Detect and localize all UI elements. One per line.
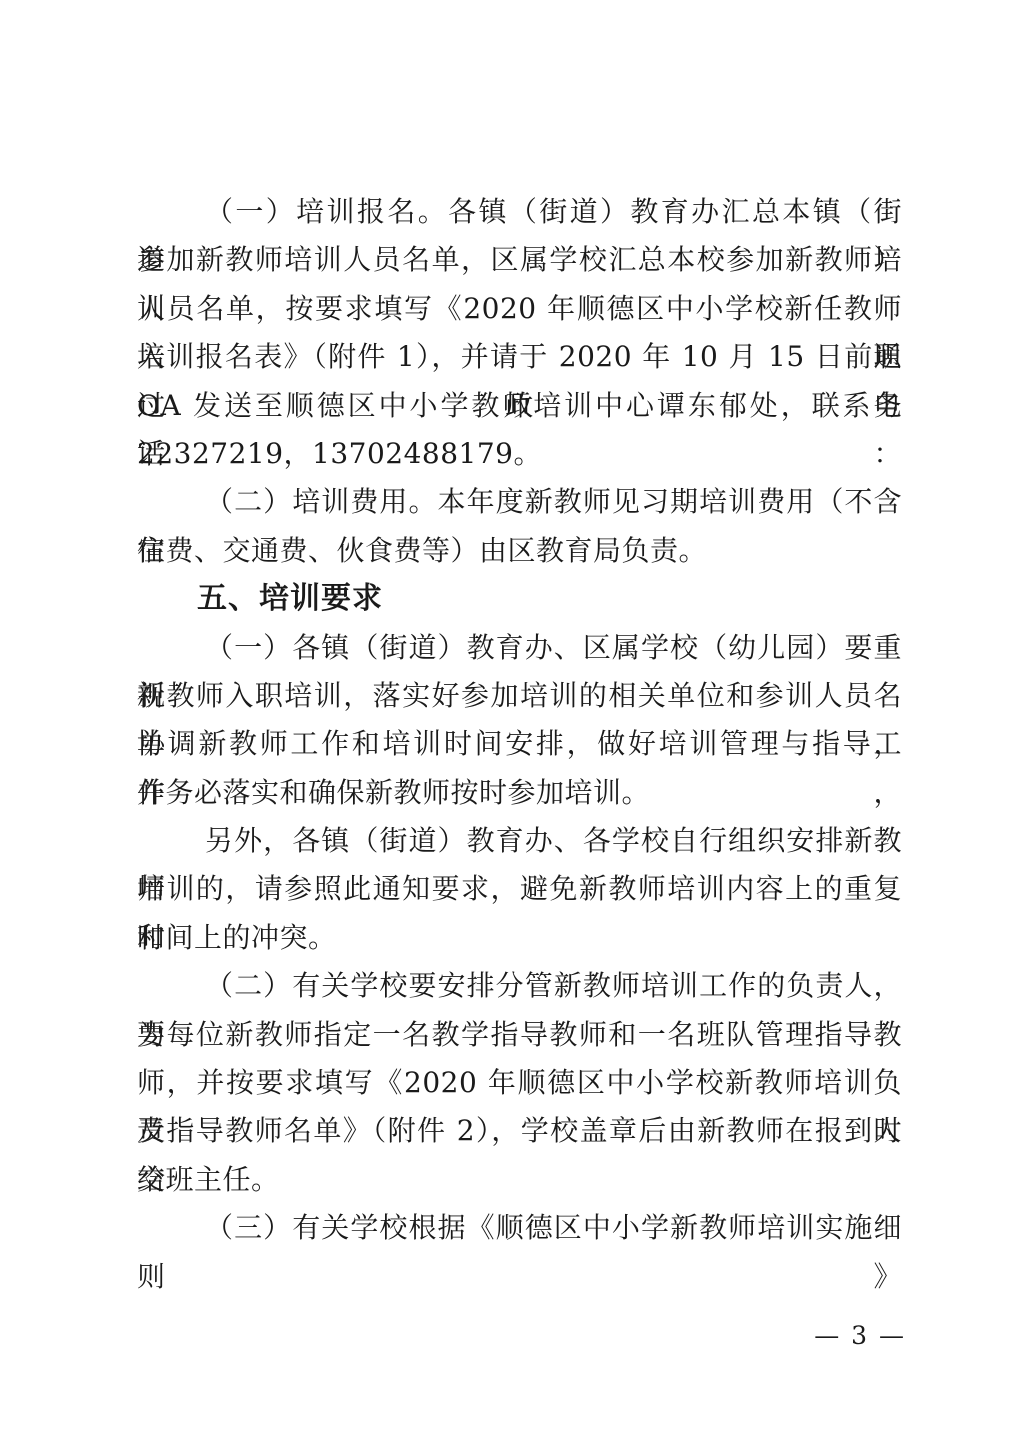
text-line: （一）培训报名。各镇（街道）教育办汇总本镇（街道） bbox=[137, 188, 902, 236]
text-line: （二）培训费用。本年度新教师见习期培训费用（不含住 bbox=[137, 478, 902, 526]
text-line: 培训的，请参照此通知要求，避免新教师培训内容上的重复和 bbox=[137, 865, 902, 913]
text-line: 另外，各镇（街道）教育办、各学校自行组织安排新教师 bbox=[137, 817, 902, 865]
text-line: 参加新教师培训人员名单，区属学校汇总本校参加新教师培训 bbox=[137, 236, 902, 284]
text-line: 时间上的冲突。 bbox=[137, 914, 902, 962]
text-line: 为每位新教师指定一名教学指导教师和一名班队管理指导教 bbox=[137, 1011, 902, 1059]
paragraph-additional-note: 另外，各镇（街道）教育办、各学校自行组织安排新教师 培训的，请参照此通知要求，避… bbox=[137, 817, 902, 962]
text-line: 及指导教师名单》（附件 2），学校盖章后由新教师在报到时交 bbox=[137, 1107, 902, 1155]
text-line: （二）有关学校要安排分管新教师培训工作的负责人，要 bbox=[137, 962, 902, 1010]
text-line: 给班主任。 bbox=[137, 1156, 902, 1204]
paragraph-requirement-1: （一）各镇（街道）教育办、区属学校（幼儿园）要重视 新教师入职培训，落实好参加培… bbox=[137, 624, 902, 818]
text-line: （一）各镇（街道）教育办、区属学校（幼儿园）要重视 bbox=[137, 624, 902, 672]
section-heading-training-requirements: 五、培训要求 bbox=[137, 575, 902, 623]
document-body: （一）培训报名。各镇（街道）教育办汇总本镇（街道） 参加新教师培训人员名单，区属… bbox=[137, 188, 902, 1253]
text-line: 培训报名表》（附件 1），并请于 2020 年 10 月 15 日前通过政务 bbox=[137, 333, 902, 381]
text-line: 师，并按要求填写《2020 年顺德区中小学校新教师培训负责人 bbox=[137, 1059, 902, 1107]
paragraph-training-fees: （二）培训费用。本年度新教师见习期培训费用（不含住 宿费、交通费、伙食费等）由区… bbox=[137, 478, 902, 575]
text-line: 新教师入职培训，落实好参加培训的相关单位和参训人员名单， bbox=[137, 672, 902, 720]
page-number: — 3 — bbox=[814, 1318, 906, 1354]
text-line: 宿费、交通费、伙食费等）由区教育局负责。 bbox=[137, 527, 902, 575]
text-line: （三）有关学校根据《顺德区中小学新教师培训实施细则》 bbox=[137, 1204, 902, 1252]
text-line: 协调新教师工作和培训时间安排，做好培训管理与指导工作， bbox=[137, 720, 902, 768]
text-line: OA 发送至顺德区中小学教师培训中心谭东郁处，联系电话： bbox=[137, 382, 902, 430]
paragraph-requirement-3: （三）有关学校根据《顺德区中小学新教师培训实施细则》 bbox=[137, 1204, 902, 1252]
document-page: （一）培训报名。各镇（街道）教育办汇总本镇（街道） 参加新教师培训人员名单，区属… bbox=[0, 0, 1024, 1448]
paragraph-training-registration: （一）培训报名。各镇（街道）教育办汇总本镇（街道） 参加新教师培训人员名单，区属… bbox=[137, 188, 902, 478]
text-line: 人员名单，按要求填写《2020 年顺德区中小学校新任教师入职 bbox=[137, 285, 902, 333]
paragraph-requirement-2: （二）有关学校要安排分管新教师培训工作的负责人，要 为每位新教师指定一名教学指导… bbox=[137, 962, 902, 1204]
